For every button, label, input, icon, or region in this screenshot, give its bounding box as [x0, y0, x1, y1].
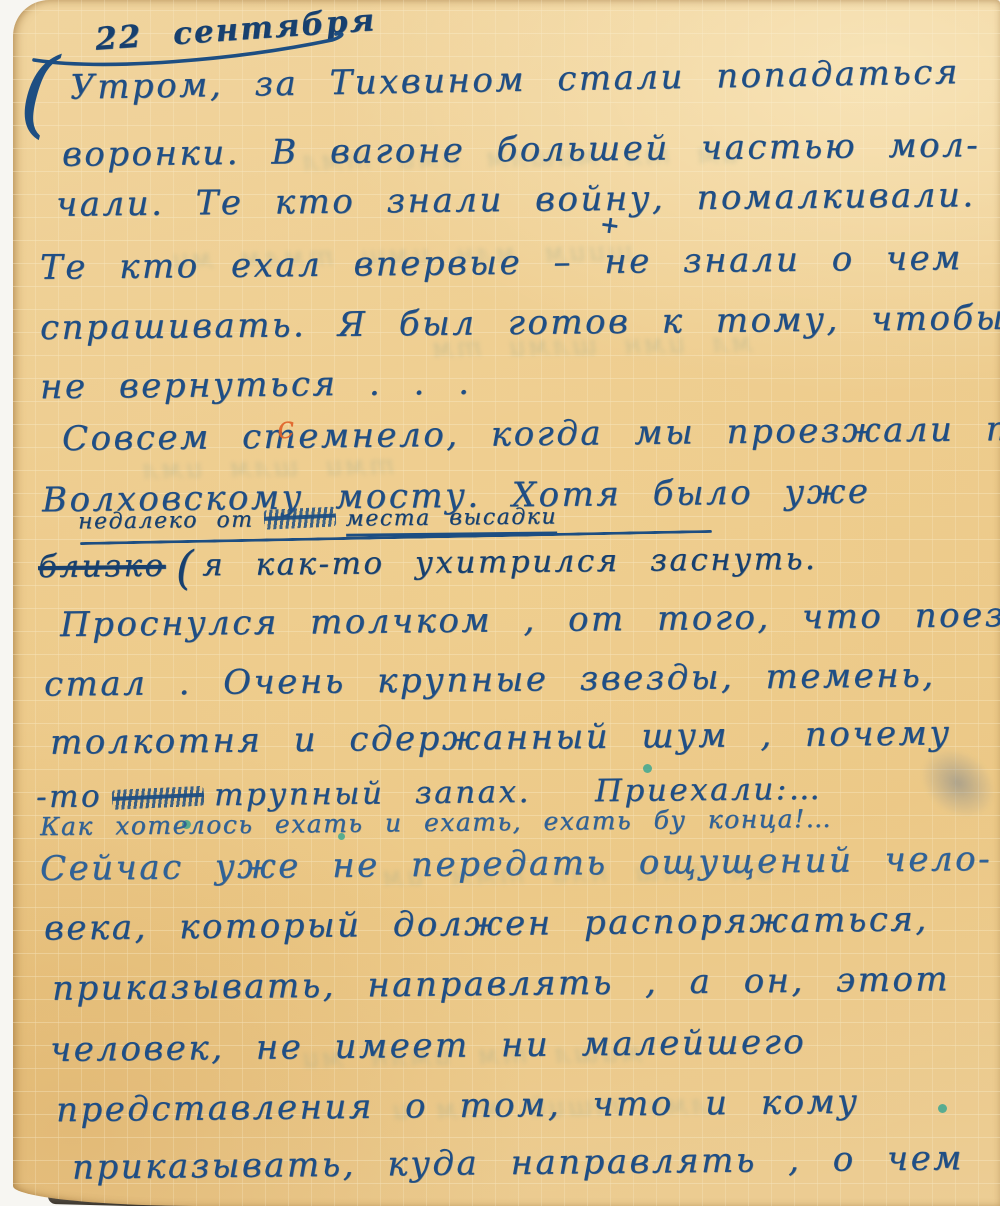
scribbled-out-word: [112, 786, 205, 810]
insert-text-b: места высадки: [345, 504, 557, 536]
insert-text-a: недалеко от: [78, 508, 254, 535]
red-pencil-correction: с: [276, 409, 296, 446]
handwriting-layer: 22 сентября ( Утром, за Тихвином стали п…: [0, 0, 1000, 1206]
line-text: я как-то ухитрился заснуть.: [202, 541, 818, 583]
handwritten-line: близко(я как-то ухитрился заснуть.: [38, 534, 818, 596]
handwritten-line: приказывать, направлять , а он, этот: [52, 959, 950, 1008]
struck-word: близко: [38, 548, 166, 585]
opening-parenthesis: (: [16, 35, 61, 149]
handwritten-line: стал . Очень крупные звезды, темень,: [44, 655, 936, 704]
handwritten-line: представления о том, что и кому: [56, 1082, 860, 1130]
handwritten-line: Проснулся толчком , от того, что поезд: [60, 595, 1000, 645]
handwritten-line: Совсем стемнело, когда мы проезжали по: [62, 409, 1000, 459]
scribbled-out-word: [263, 507, 336, 530]
handwritten-line: воронки. В вагоне большей частью мол-: [62, 125, 981, 175]
insertion-caret: +: [598, 209, 622, 241]
scanned-page: им тл мишлм нми тмл шиим млн имш тмлм ми…: [0, 0, 1000, 1206]
inserted-correction-line: недалеко отместа высадки: [78, 504, 557, 534]
handwritten-line: чали. Те кто знали войну, помалкивали.: [56, 175, 976, 225]
handwritten-line: спрашивать. Я был готов к тому, чтобы: [40, 298, 1000, 348]
handwritten-line: человек, не имеет ни малейшего: [50, 1022, 807, 1070]
handwritten-line: века, который должен распоряжаться,: [44, 899, 929, 948]
insertion-parenthesis: (: [165, 540, 202, 594]
handwritten-line: не вернуться . . .: [40, 363, 472, 408]
date-underline-flourish: [26, 24, 356, 70]
handwritten-line: Те кто ехал впервые – не знали о чем: [40, 238, 963, 288]
handwritten-line: Сейчас уже не передать ощущений чело-: [40, 839, 992, 889]
handwritten-line: толкотня и сдержанный шум , почему: [50, 713, 952, 762]
line-text: -то: [36, 778, 102, 815]
handwritten-line: приказывать, куда направлять , о чем: [72, 1138, 964, 1187]
